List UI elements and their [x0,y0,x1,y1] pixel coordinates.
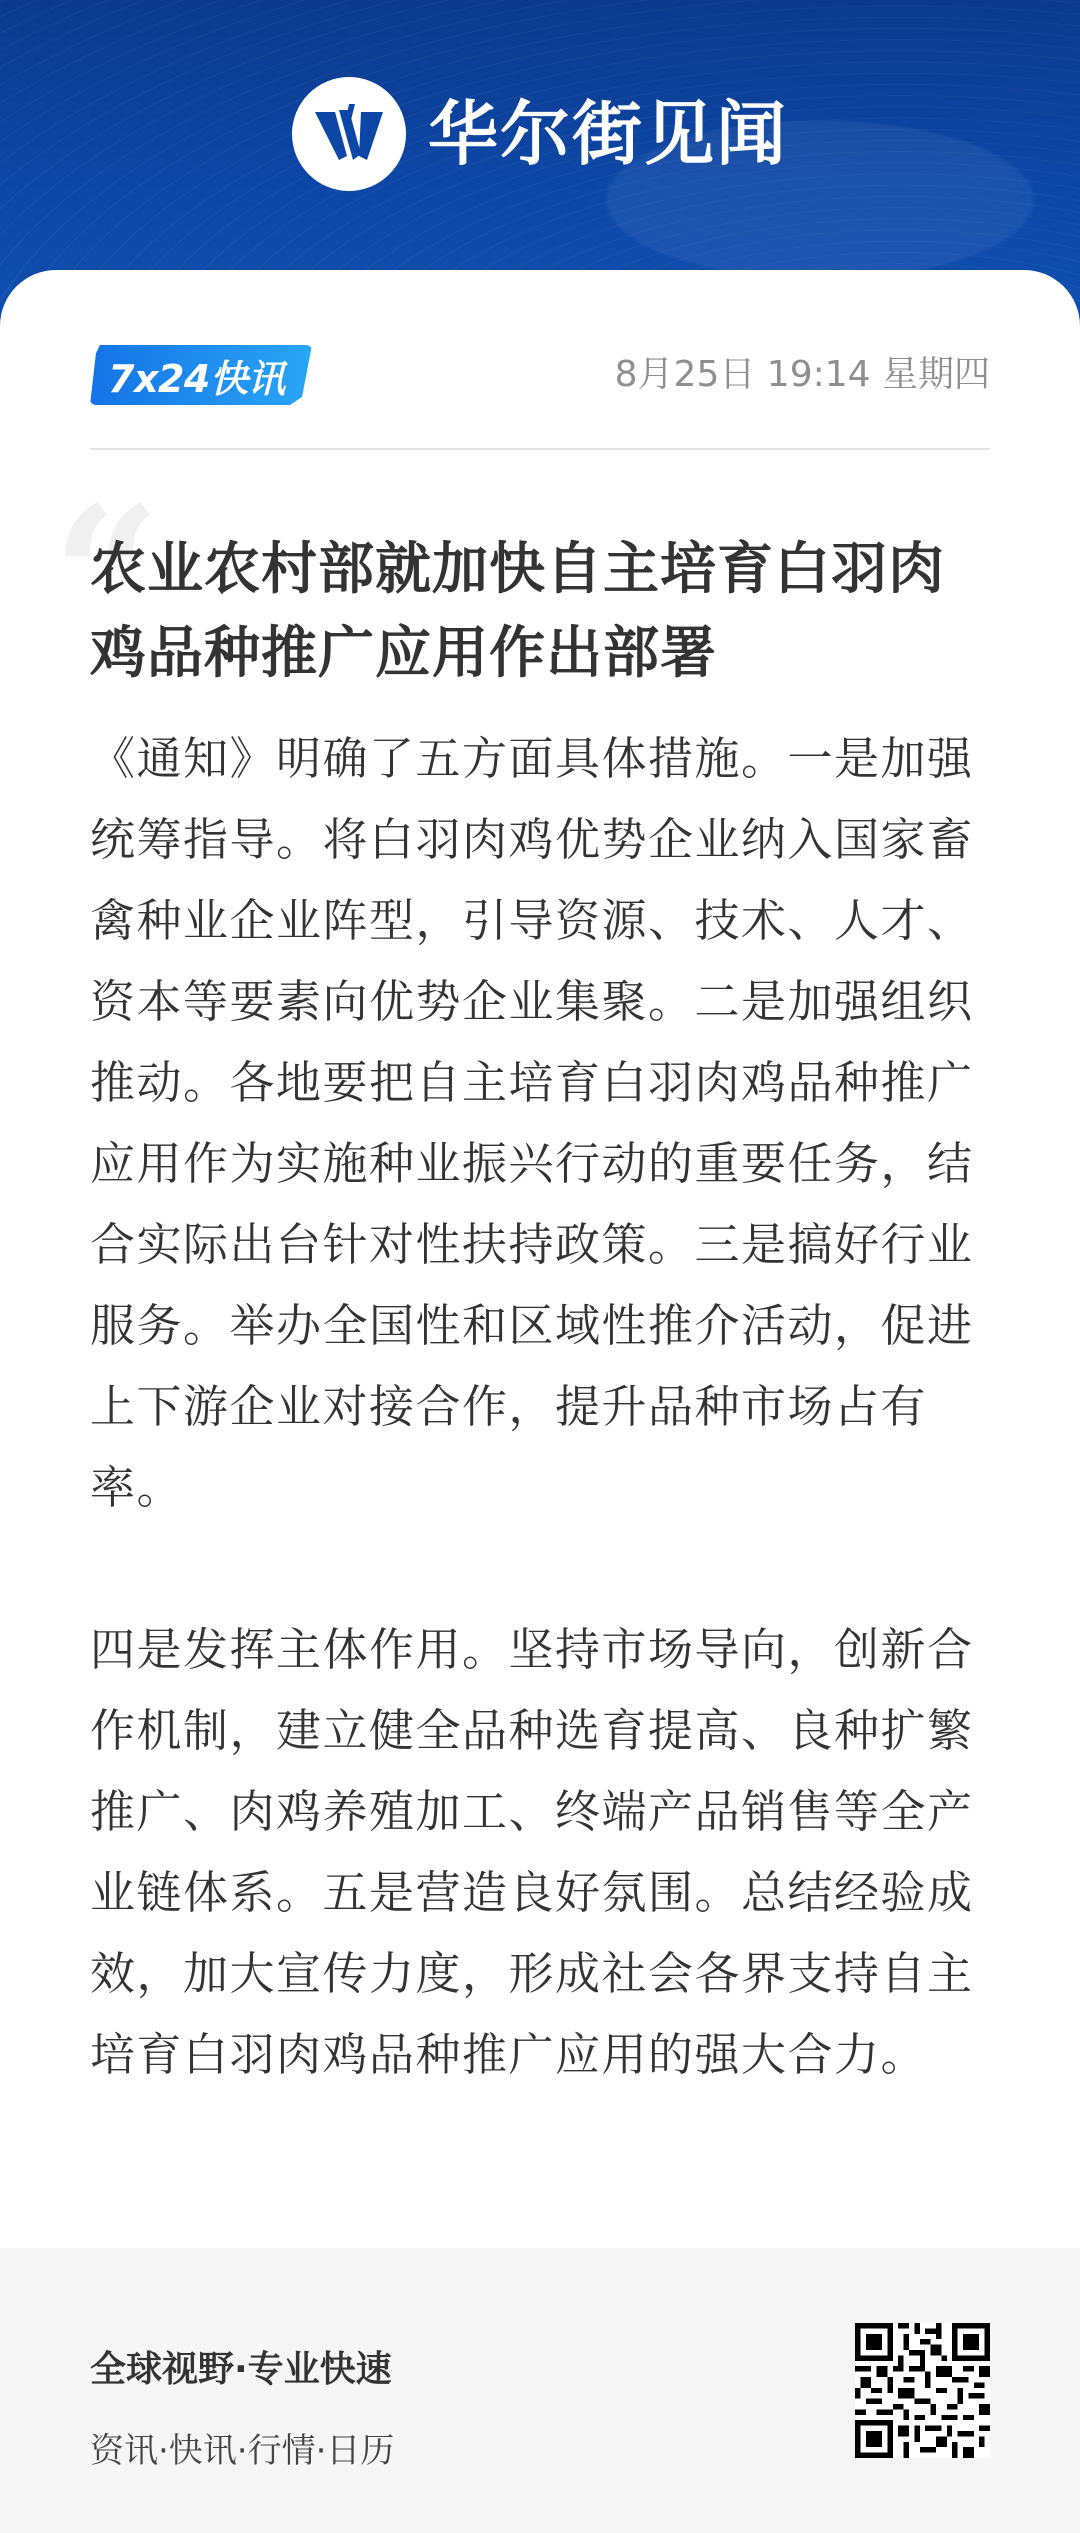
wallstreetcn-logo-icon [292,77,406,191]
qr-code-icon[interactable] [855,2323,990,2458]
footer: 全球视野·专业快速 资讯·快讯·行情·日历 [0,2248,1080,2533]
article-body: 《通知》明确了五方面具体措施。一是加强统筹指导。将白羽肉鸡优势企业纳入国家畜禽种… [90,718,990,2095]
divider [90,448,990,450]
article-paragraph: 《通知》明确了五方面具体措施。一是加强统筹指导。将白羽肉鸡优势企业纳入国家畜禽种… [90,718,990,1528]
qr-code-graphic [855,2323,990,2458]
footer-slogan: 全球视野·专业快速 [90,2348,392,2392]
w-logo-icon [309,94,389,174]
flash-news-badge: 7x24快讯 [90,345,312,405]
timestamp: 8月25日 19:14 星期四 [615,353,990,397]
footer-features: 资讯·快讯·行情·日历 [90,2430,394,2472]
brand-logo-group: 华尔街见闻 [0,76,1080,192]
news-card: 7x24快讯 8月25日 19:14 星期四 “ 农业农村部就加快自主培育白羽肉… [0,270,1080,2533]
brand-name: 华尔街见闻 [428,99,788,169]
article-paragraph: 四是发挥主体作用。坚持市场导向，创新合作机制，建立健全品种选育提高、良种扩繁推广… [90,1609,990,2095]
meta-row: 7x24快讯 8月25日 19:14 星期四 [90,345,990,405]
article-title: 农业农村部就加快自主培育白羽肉鸡品种推广应用作出部署 [90,528,1000,696]
